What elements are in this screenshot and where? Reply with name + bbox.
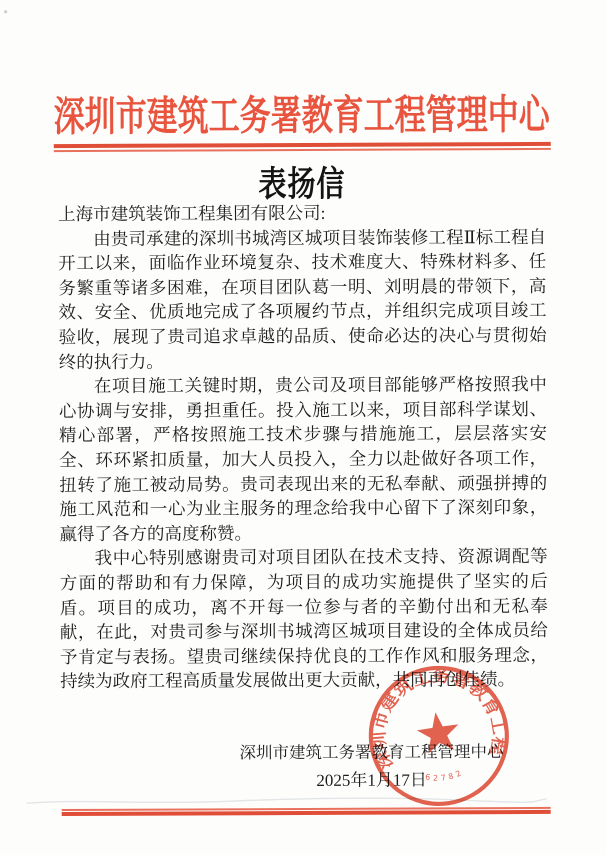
letter-paragraphs: 由贵司承建的深圳书城湾区城项目装饰装修工程Ⅱ标工程自开工以来，面临作业环境复杂、…	[58, 225, 548, 694]
salutation: 上海市建筑装饰工程集团有限公司:	[58, 200, 546, 227]
scan-dot-artifact	[4, 10, 7, 13]
divider-thick-line	[62, 810, 551, 816]
signature-block: 深圳市建筑工务署教育工程管理中心 2025年1月17日	[239, 739, 503, 796]
letterhead-divider	[54, 142, 551, 152]
signature-date: 2025年1月17日	[239, 765, 503, 796]
letterhead-title: 深圳市建筑工务署教育工程管理中心	[0, 81, 605, 143]
letter-paragraph: 由贵司承建的深圳书城湾区城项目装饰装修工程Ⅱ标工程自开工以来，面临作业环境复杂、…	[58, 225, 547, 375]
letter-paragraph: 在项目施工关键时期，贵公司及项目部能够严格按照我中心协调与安排，勇担重任。投入施…	[59, 372, 548, 546]
signature-organization: 深圳市建筑工务署教育工程管理中心	[239, 739, 503, 766]
letter-paragraph: 我中心特别感谢贵司对项目团队在技术支持、资源调配等方面的帮助和有力保障，为项目的…	[60, 544, 549, 694]
footer-divider	[62, 807, 551, 816]
letter-body: 上海市建筑装饰工程集团有限公司: 由贵司承建的深圳书城湾区城项目装饰装修工程Ⅱ标…	[58, 200, 548, 694]
letter-page: 深圳市建筑工务署教育工程管理中心 表扬信 上海市建筑装饰工程集团有限公司: 由贵…	[0, 0, 606, 855]
